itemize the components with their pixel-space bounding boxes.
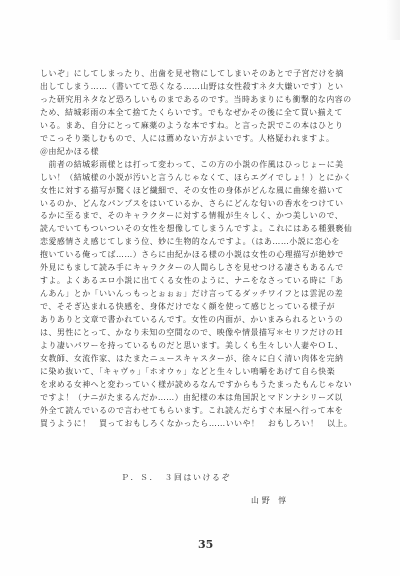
text-line: 読んでいてもついついその女性を想像してしまうんですよ。これにはある種猥褻仙 (40, 223, 362, 236)
text-line: いるのか、どんなパンプスをはいているか、さらにどんな匂いの香水をつけてい (40, 198, 362, 211)
author-signature: 山野 惇 (251, 495, 289, 506)
text-line: ため、結城彩雨の本全て捨てたくらいです。でもなぜかその後に全て買い揃えて (40, 107, 362, 120)
text-line: ありありと文章で書かれているんです。女性の内面が、かいまみられるというの (40, 314, 362, 327)
text-line: を求める女神へと変わっていく様が読めるなんですからもうたまったもんじゃない (40, 379, 362, 392)
text-line: しい！（結城様の小説が汚いと言うんじゃなくて、ほらエグイでしょ！）とにかく (40, 172, 362, 185)
text-line: すよ。よくあるエロ小説に出てくる女性のように、ナニをなさっている時に「あ (40, 275, 362, 288)
text-line: いる。まあ、自分にとって麻薬のような本ですね。と言った訳でこの本はひとり (40, 120, 362, 133)
text-line: でこっそり楽しむもので、人には薦めない方がよいです。人格疑われますよ。 (40, 133, 362, 146)
text-line: で、そそぎ込まれる快感を、身体だけでなく顔を使って感じとっている様子が (40, 301, 362, 314)
text-line: った研究用ネタなど恐ろしいものまであるのです。当時あまりにも衝撃的な内容の (40, 94, 362, 107)
text-line: 前者の結城彩雨様とは打って変わって、この方の小説の作風はひっじょーに美 (40, 159, 362, 172)
text-line: 抱いている俺ってば……）さらに由紀かほる様の小説は女性の心理描写が絶妙で (40, 249, 362, 262)
page-number: 35 (198, 538, 213, 551)
text-line: 出してしまう……（書いてて恐くなる……山野は女性殺すネタ大嫌いです）とい (40, 81, 362, 94)
text-line: んあん」とか「いいんっもっとぉぉぉ」だけ言ってるダッチワイフとは雲泥の差 (40, 288, 362, 301)
text-line: 女性に対する描写が驚くほど繊細で、その女性の身体がどんな風に曲線を描いて (40, 185, 362, 198)
section-heading: ＠由紀かほる様 (40, 146, 362, 159)
text-line: 女教師、女流作家、はたまたニュースキャスターが、徐々に白く清い肉体を完納 (40, 353, 362, 366)
document-page: しいぞ」にしてしまったり、出歯を見せ物にしてしまいそのあとで子宮だけを摘 出して… (0, 0, 400, 576)
text-line: 買うように！ 買っておもしろくなかったら……いいや！ おもしろい！ 以上。 (40, 418, 362, 431)
body-text: しいぞ」にしてしまったり、出歯を見せ物にしてしまいそのあとで子宮だけを摘 出して… (40, 68, 362, 431)
page-edge-shadow (386, 0, 400, 40)
text-line: るかに至るまで、そのキャラクターに対する情報が生々しく、かつ美しいので、 (40, 210, 362, 223)
text-line: 恋愛感情さえ感じてしまう位、妙に生物的なんですよ。（はあ……小説に恋心を (40, 236, 362, 249)
text-line: しいぞ」にしてしまったり、出歯を見せ物にしてしまいそのあとで子宮だけを摘 (40, 68, 362, 81)
text-line: 外見にもまして読み手にキャラクターの人間らしさを見せつける凄さもあるんで (40, 262, 362, 275)
postscript: Ｐ．Ｓ． ３回はいけるぞ (121, 472, 231, 483)
text-line: は、男性にとって、かなり未知の空間なので、映像や情景描写＊セリフだけのＨ (40, 327, 362, 340)
text-line: ですよ！（ナニがたまるんだか……）由紀様の本は角国訳とマドンナシリーズ以 (40, 392, 362, 405)
text-line: より凄いパワーを持っているものだと思います。美しくも生々しい人妻やＯＬ、 (40, 340, 362, 353)
text-line: に染め抜いて、「キャヴゥ」「ホオウゥ」などと生々しい嗚嚼をあげて自ら快楽 (40, 366, 362, 379)
text-line: 外全て読んでいるので言わせてもらいます。これ読んだらすぐ本屋へ行って本を (40, 405, 362, 418)
